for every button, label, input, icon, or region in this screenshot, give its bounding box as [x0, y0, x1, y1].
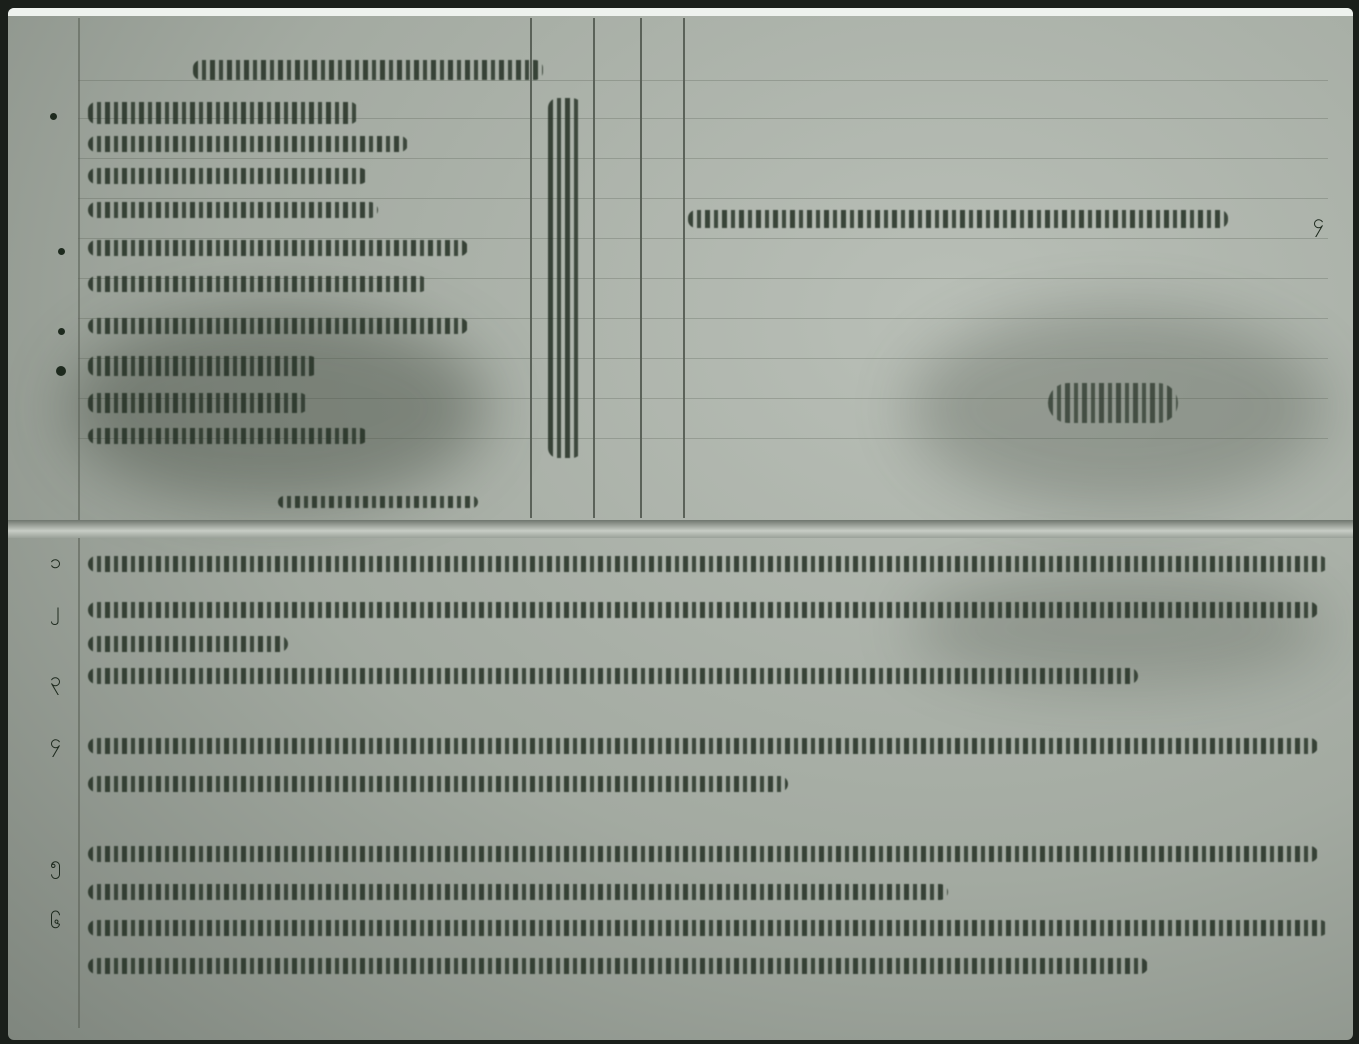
column-rule	[593, 18, 595, 518]
list-item	[88, 356, 318, 376]
column-rule	[683, 18, 685, 518]
paragraph-line	[88, 958, 1148, 974]
paragraph-line	[88, 602, 1318, 618]
list-footer	[278, 496, 478, 508]
list-item	[88, 136, 408, 152]
manuscript-page: [handwritten heading] ၄ ၁ ၂ ၃ ၄	[8, 8, 1353, 1040]
list-item	[88, 393, 308, 413]
paragraph-line	[88, 636, 288, 652]
upper-right-line	[688, 210, 1228, 228]
page-top-edge	[8, 8, 1353, 16]
page-fold	[8, 520, 1353, 538]
list-item	[88, 240, 468, 256]
column-rule	[640, 18, 642, 518]
paragraph-line	[88, 556, 1328, 572]
paragraph-line	[88, 738, 1318, 754]
upper-right-marker: ၄	[1313, 208, 1324, 238]
paragraph-line	[88, 920, 1328, 936]
list-item	[88, 428, 368, 444]
paragraph-line	[88, 884, 948, 900]
paragraph-line	[88, 668, 1138, 684]
list-item	[88, 168, 368, 184]
list-item	[88, 102, 358, 124]
paragraph-line	[88, 776, 788, 792]
signature-mark	[1048, 383, 1178, 423]
list-item	[88, 202, 378, 218]
paragraph-line	[88, 846, 1318, 862]
column-rule	[530, 18, 532, 518]
list-item	[88, 318, 468, 334]
numerals-column	[548, 98, 582, 458]
list-item	[88, 276, 428, 292]
